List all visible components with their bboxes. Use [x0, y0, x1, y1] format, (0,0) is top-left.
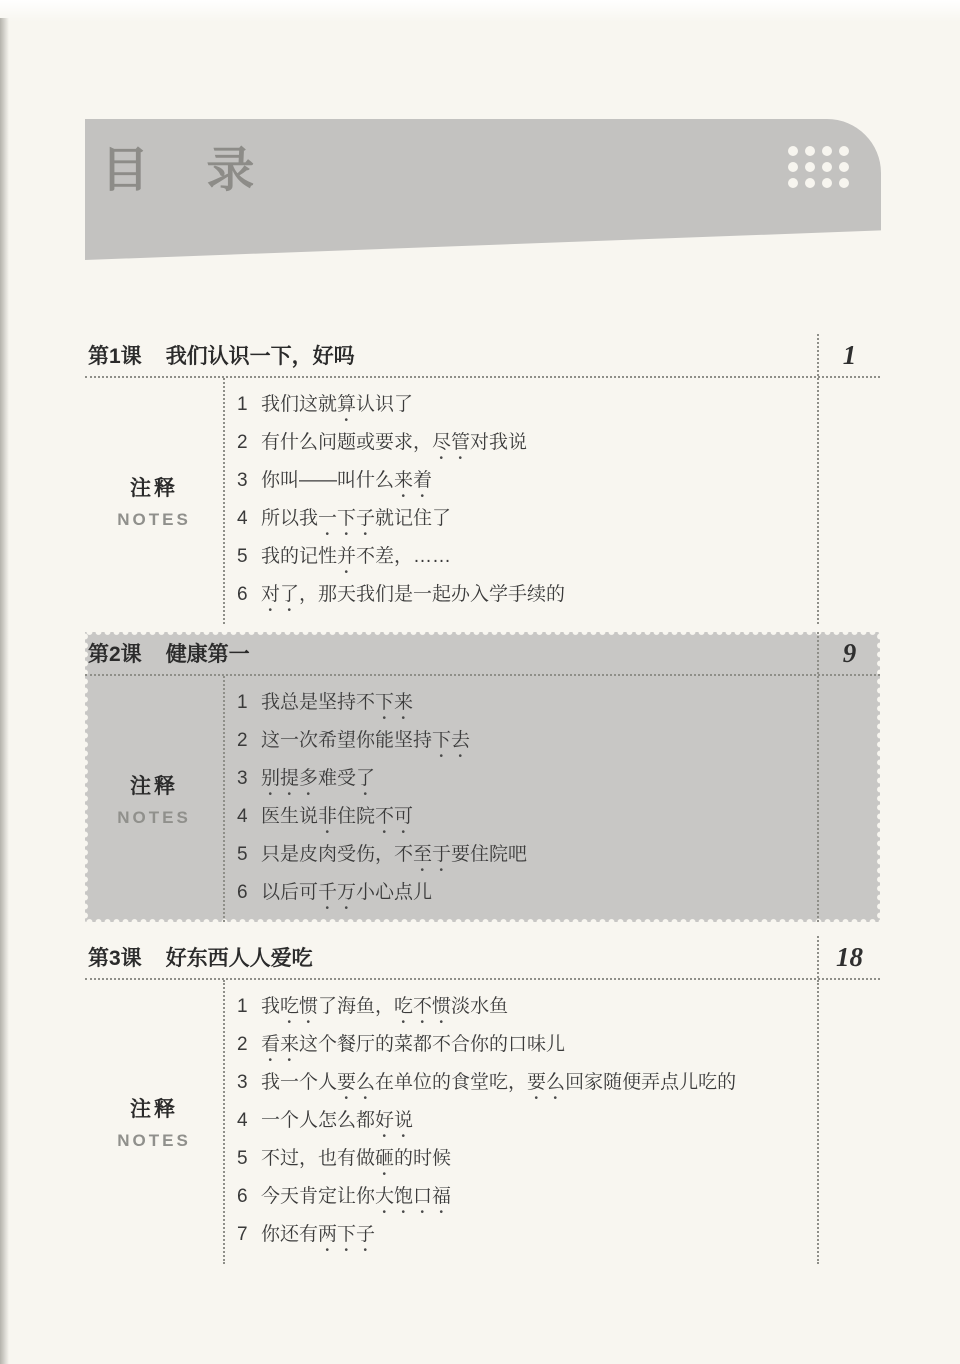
- lesson-page-number: 9: [817, 632, 880, 674]
- notes-label-chinese: 注释: [130, 472, 178, 502]
- note-item-number: 6: [237, 578, 261, 616]
- note-item: 4所以我一下子就记住了: [237, 502, 817, 540]
- page-number-column: [817, 980, 880, 1264]
- lesson-number: 第1课: [88, 340, 142, 370]
- notes-label-chinese: 注释: [130, 770, 178, 800]
- note-item: 2看来这个餐厅的菜都不合你的口味儿: [237, 1028, 817, 1066]
- note-item-text: 以后可千万小心点儿: [261, 876, 432, 914]
- note-item-number: 4: [237, 1104, 261, 1142]
- note-item-number: 2: [237, 724, 261, 762]
- note-item-text: 对了，那天我们是一起办入学手续的: [261, 578, 565, 616]
- note-item-text: 今天肯定让你大饱口福: [261, 1180, 451, 1218]
- note-item: 7你还有两下子: [237, 1218, 817, 1256]
- page-number-column: [817, 378, 880, 624]
- lesson-header: 第3课 好东西人人爱吃 18: [85, 936, 880, 980]
- notes-list: 1我吃惯了海鱼，吃不惯淡水鱼2看来这个餐厅的菜都不合你的口味儿3我一个人要么在单…: [225, 980, 817, 1264]
- note-item-text: 只是皮肉受伤，不至于要住院吧: [261, 838, 527, 876]
- note-item: 2有什么问题或要求，尽管对我说: [237, 426, 817, 464]
- note-item-number: 5: [237, 838, 261, 876]
- note-item: 3你叫——叫什么来着: [237, 464, 817, 502]
- note-item: 5只是皮肉受伤，不至于要住院吧: [237, 838, 817, 876]
- note-item-text: 别提多难受了: [261, 762, 375, 800]
- lesson-body: 注释 NOTES 1我总是坚持不下来2这一次希望你能坚持下去3别提多难受了4医生…: [85, 676, 880, 922]
- lesson-section: 第2课 健康第一 9 注释 NOTES 1我总是坚持不下来2这一次希望你能坚持下…: [85, 632, 880, 922]
- lesson-header: 第1课 我们认识一下，好吗 1: [85, 334, 880, 378]
- notes-label: 注释 NOTES: [85, 980, 225, 1264]
- lesson-section: 第3课 好东西人人爱吃 18 注释 NOTES 1我吃惯了海鱼，吃不惯淡水鱼2看…: [85, 936, 880, 1264]
- note-item-number: 3: [237, 1066, 261, 1104]
- note-item: 1我总是坚持不下来: [237, 686, 817, 724]
- note-item: 6以后可千万小心点儿: [237, 876, 817, 914]
- note-item-text: 一个人怎么都好说: [261, 1104, 413, 1142]
- note-item-number: 5: [237, 540, 261, 578]
- lesson-page-number: 18: [817, 936, 880, 978]
- note-item-number: 2: [237, 1028, 261, 1066]
- notes-label-english: NOTES: [117, 808, 191, 828]
- notes-list: 1我总是坚持不下来2这一次希望你能坚持下去3别提多难受了4医生说非住院不可5只是…: [225, 676, 817, 922]
- scan-top-highlight: [0, 0, 960, 22]
- notes-label: 注释 NOTES: [85, 378, 225, 624]
- note-item-text: 你叫——叫什么来着: [261, 464, 432, 502]
- note-item-text: 所以我一下子就记住了: [261, 502, 451, 540]
- note-item-number: 4: [237, 800, 261, 838]
- page-title: 目 录: [101, 145, 276, 198]
- lesson-number: 第2课: [88, 638, 142, 668]
- note-item-text: 有什么问题或要求，尽管对我说: [261, 426, 527, 464]
- lesson-section: 第1课 我们认识一下，好吗 1 注释 NOTES 1我们这就算认识了2有什么问题…: [85, 334, 880, 624]
- note-item-number: 6: [237, 1180, 261, 1218]
- note-item-text: 我总是坚持不下来: [261, 686, 413, 724]
- lesson-name: 好东西人人爱吃: [166, 942, 313, 972]
- note-item-number: 1: [237, 388, 261, 426]
- lesson-body: 注释 NOTES 1我吃惯了海鱼，吃不惯淡水鱼2看来这个餐厅的菜都不合你的口味儿…: [85, 980, 880, 1264]
- lesson-title: 第3课 好东西人人爱吃: [85, 936, 817, 978]
- note-item-text: 医生说非住院不可: [261, 800, 413, 838]
- scan-left-shadow: [0, 18, 9, 1364]
- note-item: 1我们这就算认识了: [237, 388, 817, 426]
- toc-banner: 目 录: [85, 119, 881, 260]
- lesson-name: 我们认识一下，好吗: [166, 340, 355, 370]
- note-item: 3我一个人要么在单位的食堂吃，要么回家随便弄点儿吃的: [237, 1066, 817, 1104]
- note-item-number: 1: [237, 990, 261, 1028]
- note-item-text: 你还有两下子: [261, 1218, 375, 1256]
- note-item-text: 我的记性并不差，……: [261, 540, 451, 578]
- note-item: 2这一次希望你能坚持下去: [237, 724, 817, 762]
- note-item: 1我吃惯了海鱼，吃不惯淡水鱼: [237, 990, 817, 1028]
- note-item: 5我的记性并不差，……: [237, 540, 817, 578]
- note-item: 4一个人怎么都好说: [237, 1104, 817, 1142]
- lesson-body: 注释 NOTES 1我们这就算认识了2有什么问题或要求，尽管对我说3你叫——叫什…: [85, 378, 880, 624]
- note-item-number: 4: [237, 502, 261, 540]
- note-item-number: 2: [237, 426, 261, 464]
- lesson-title: 第1课 我们认识一下，好吗: [85, 334, 817, 376]
- note-item-number: 6: [237, 876, 261, 914]
- note-item-text: 我一个人要么在单位的食堂吃，要么回家随便弄点儿吃的: [261, 1066, 736, 1104]
- note-item: 3别提多难受了: [237, 762, 817, 800]
- note-item: 6今天肯定让你大饱口福: [237, 1180, 817, 1218]
- notes-label-english: NOTES: [117, 510, 191, 530]
- note-item: 4医生说非住院不可: [237, 800, 817, 838]
- lesson-title: 第2课 健康第一: [85, 632, 817, 674]
- note-item-text: 这一次希望你能坚持下去: [261, 724, 470, 762]
- lesson-name: 健康第一: [166, 638, 250, 668]
- note-item: 5不过，也有做砸的时候: [237, 1142, 817, 1180]
- lesson-page-number: 1: [817, 334, 880, 376]
- page-number-column: [817, 676, 880, 922]
- note-item-text: 我们这就算认识了: [261, 388, 413, 426]
- notes-label-english: NOTES: [117, 1131, 191, 1151]
- note-item-number: 1: [237, 686, 261, 724]
- note-item-text: 不过，也有做砸的时候: [261, 1142, 451, 1180]
- lesson-header: 第2课 健康第一 9: [85, 632, 880, 676]
- note-item-text: 我吃惯了海鱼，吃不惯淡水鱼: [261, 990, 508, 1028]
- note-item-text: 看来这个餐厅的菜都不合你的口味儿: [261, 1028, 565, 1066]
- toc-list: 第1课 我们认识一下，好吗 1 注释 NOTES 1我们这就算认识了2有什么问题…: [85, 334, 880, 1264]
- notes-label: 注释 NOTES: [85, 676, 225, 922]
- notes-list: 1我们这就算认识了2有什么问题或要求，尽管对我说3你叫——叫什么来着4所以我一下…: [225, 378, 817, 624]
- note-item: 6对了，那天我们是一起办入学手续的: [237, 578, 817, 616]
- note-item-number: 3: [237, 762, 261, 800]
- lesson-number: 第3课: [88, 942, 142, 972]
- note-item-number: 5: [237, 1142, 261, 1180]
- dots-grid-icon: [788, 146, 849, 188]
- notes-label-chinese: 注释: [130, 1093, 178, 1123]
- note-item-number: 7: [237, 1218, 261, 1256]
- note-item-number: 3: [237, 464, 261, 502]
